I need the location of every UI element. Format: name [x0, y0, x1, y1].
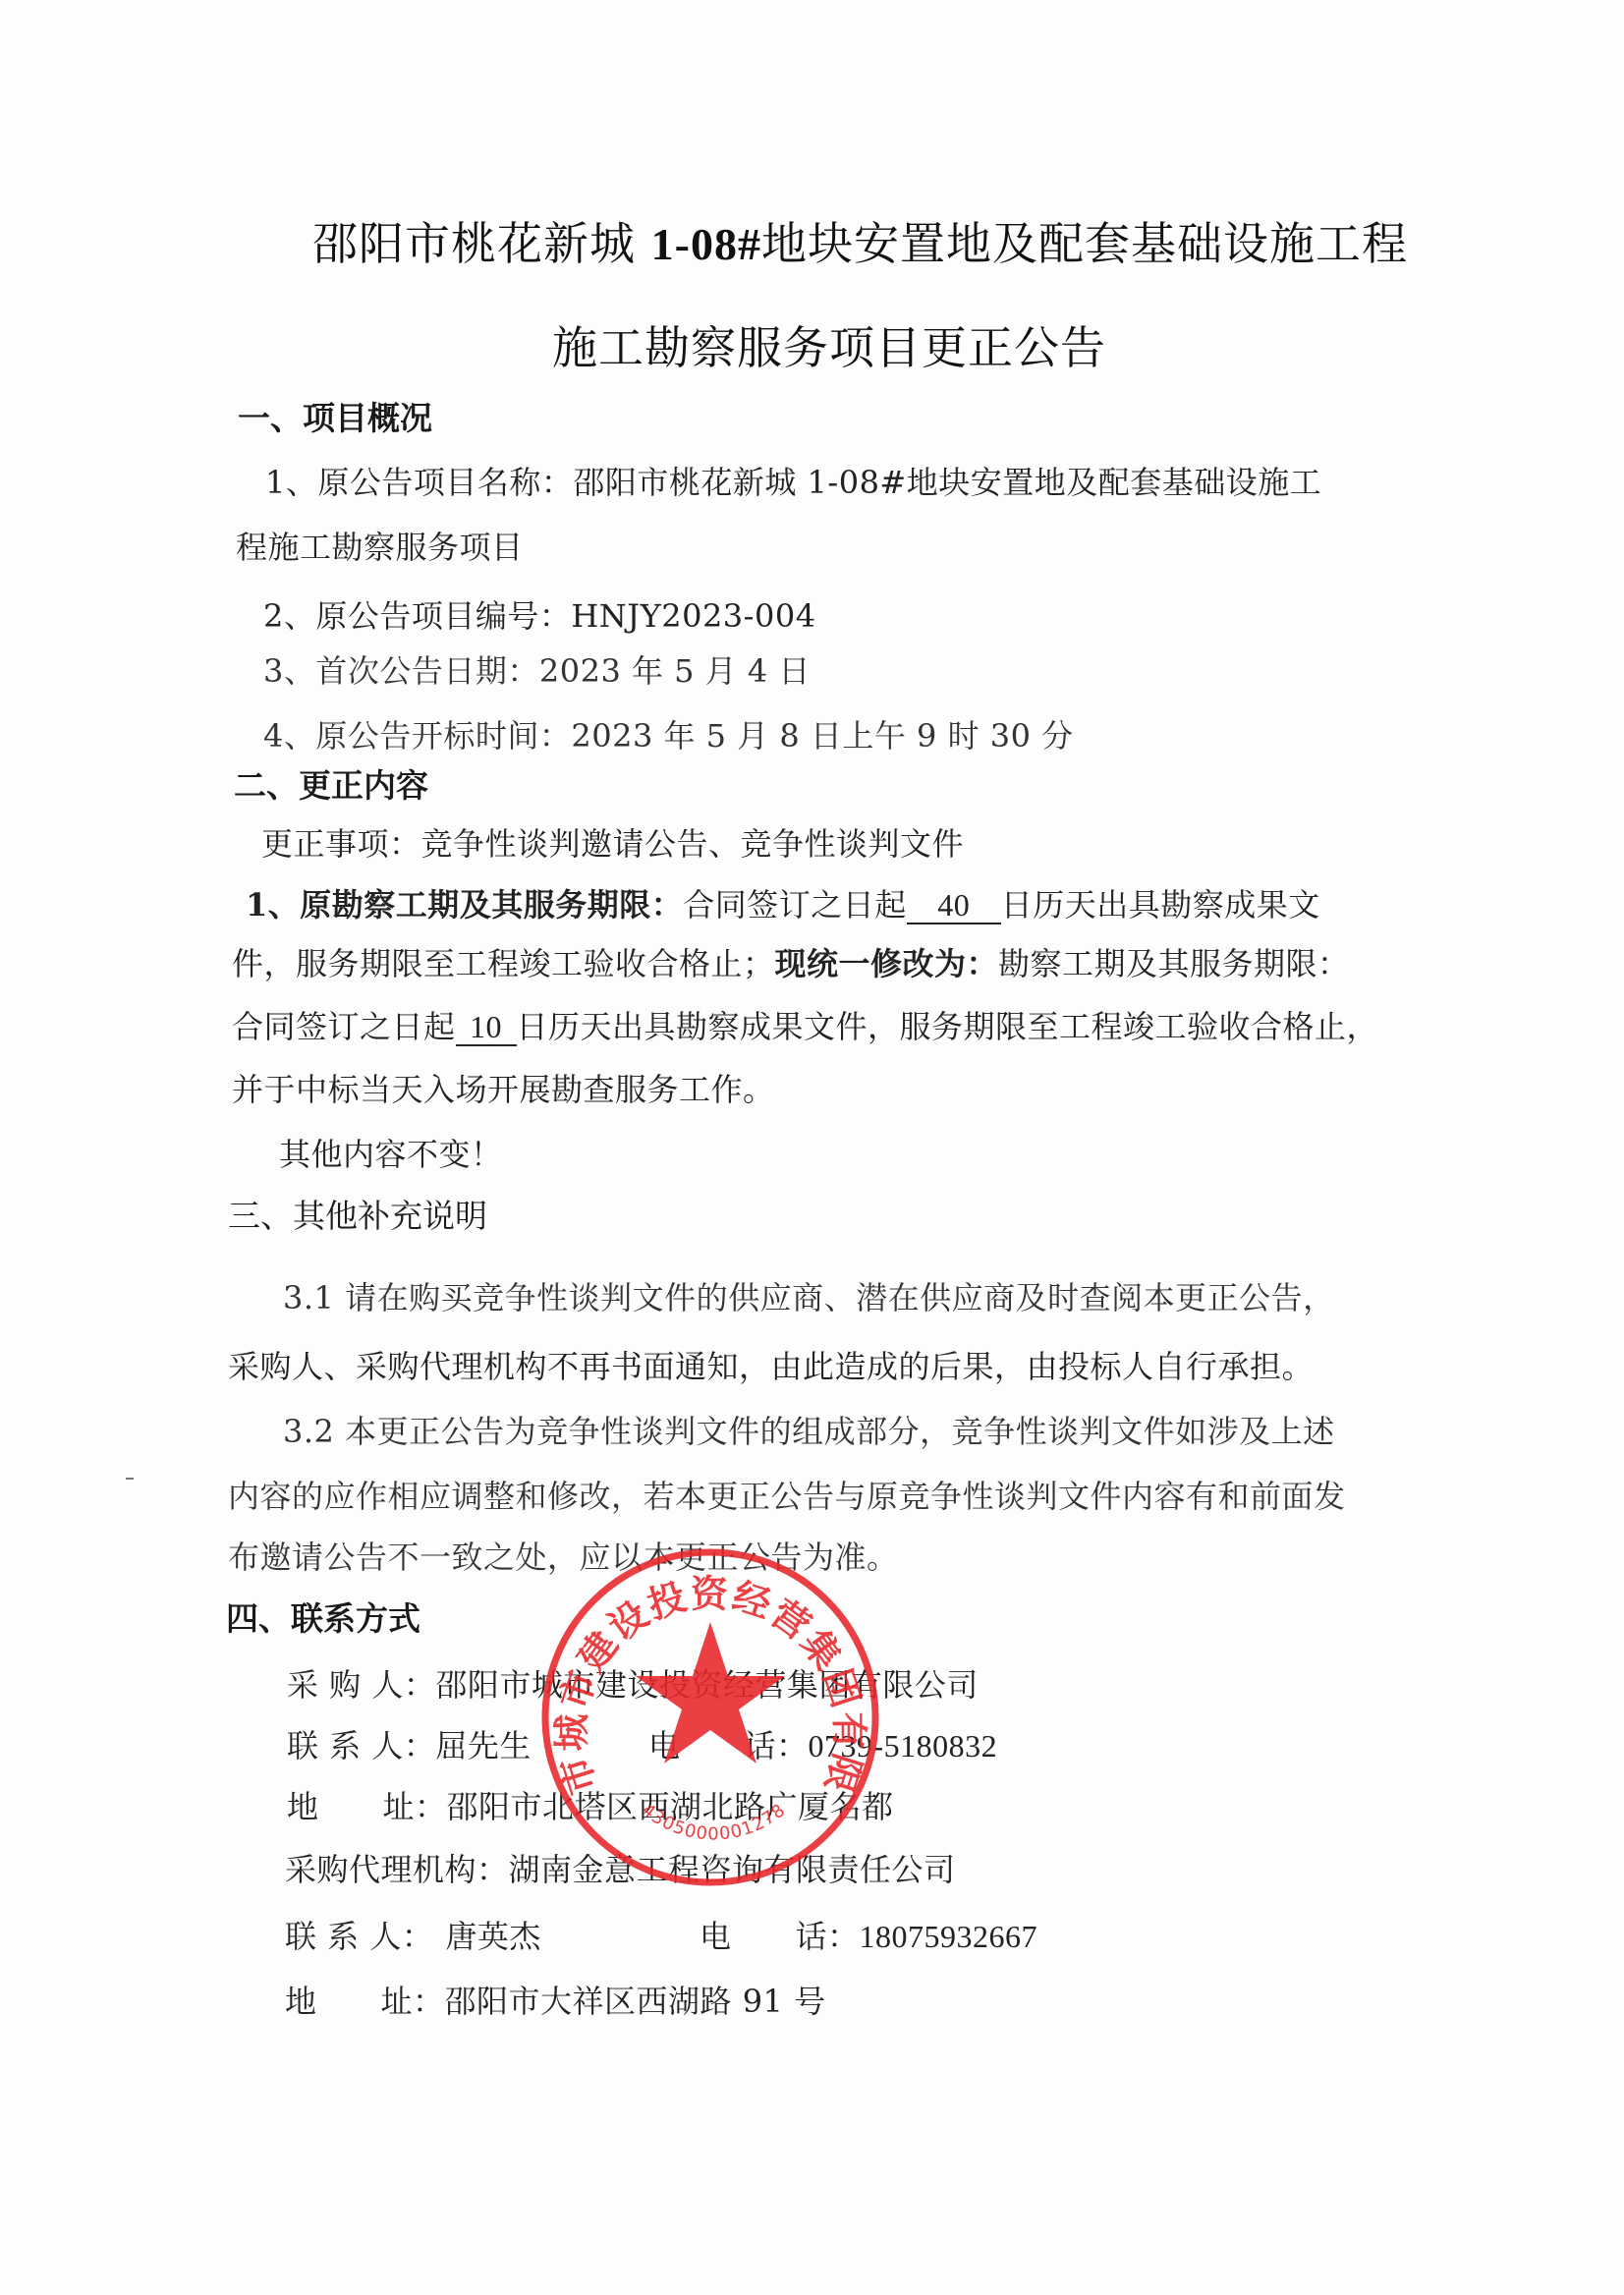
- original-days-value: 40: [907, 889, 1001, 924]
- phone1-value: 0739-5180832: [809, 1728, 998, 1763]
- purchaser-label: 采 购 人：: [287, 1666, 435, 1704]
- address1-value: 邵阳市北塔区西湖北路广厦名都: [447, 1788, 894, 1825]
- phone2-label: 电 话：: [700, 1918, 860, 1955]
- section2-item1-line4: 并于中标当天入场开展勘查服务工作。: [232, 1065, 775, 1110]
- section3-p31-line1: 3.1 请在购买竞争性谈判文件的供应商、潜在供应商及时查阅本更正公告，: [283, 1273, 1335, 1318]
- revised-period-text-a: 合同签订之日起: [232, 1008, 456, 1045]
- address2-row: 地 址：邵阳市大祥区西湖路 91 号: [285, 1977, 826, 2022]
- section1-item2: 2、原公告项目编号：HNJY2023-004: [263, 591, 816, 637]
- title-lot-number: 1-08#: [651, 219, 761, 269]
- section1-item4: 4、原公告开标时间：2023 年 5 月 8 日上午 9 时 30 分: [263, 711, 1074, 756]
- contact2-row: 联 系 人：唐英杰: [285, 1912, 541, 1957]
- contact1-row: 联 系 人：屈先生: [287, 1721, 532, 1766]
- document-title-line1: 邵阳市桃花新城 1-08#地块安置地及配套基础设施工程: [312, 208, 1408, 273]
- scan-mark: [126, 1478, 134, 1480]
- section3-p32-line1: 3.2 本更正公告为竞争性谈判文件的组成部分，竞争性谈判文件如涉及上述: [283, 1407, 1335, 1452]
- original-service-limit: 件，服务期限至工程竣工验收合格止；: [232, 945, 775, 982]
- phone2-row: 电 话：18075932667: [700, 1912, 1037, 1957]
- section1-item1-line2: 程施工勘察服务项目: [236, 523, 524, 568]
- contact2-label: 联 系 人：: [285, 1918, 433, 1955]
- revised-period-text-b: 日历天出具勘察成果文件，服务期限至工程竣工验收合格止，: [517, 1008, 1379, 1045]
- address2-label: 地 址：: [285, 1983, 445, 2020]
- original-period-text-a: 合同签订之日起: [683, 886, 907, 924]
- section1-heading: 一、项目概况: [238, 393, 432, 439]
- revised-days-value: 10: [456, 1011, 517, 1046]
- revised-label: 现统一修改为：: [775, 945, 999, 982]
- agency-label: 采购代理机构：: [285, 1851, 509, 1888]
- address1-label: 地 址：: [287, 1788, 447, 1825]
- contact1-label: 联 系 人：: [287, 1727, 435, 1764]
- title-suffix: 地块安置地及配套基础设施工程: [761, 217, 1408, 270]
- agency-row: 采购代理机构：湖南金意工程咨询有限责任公司: [285, 1845, 956, 1890]
- section3-p31-line2: 采购人、采购代理机构不再书面通知，由此造成的后果，由投标人自行承担。: [228, 1342, 1314, 1387]
- phone2-value: 18075932667: [860, 1919, 1038, 1954]
- phone1-label: 电 话：: [648, 1727, 809, 1764]
- section2-item1-line1: 1、原勘察工期及其服务期限：合同签订之日起40日历天出具勘察成果文: [246, 880, 1320, 925]
- section1-item1-line1: 1、原公告项目名称：邵阳市桃花新城 1-08#地块安置地及配套基础设施工: [265, 458, 1321, 503]
- section1-item3: 3、首次公告日期：2023 年 5 月 4 日: [263, 646, 811, 692]
- original-period-label: 1、原勘察工期及其服务期限：: [246, 886, 683, 924]
- official-seal-stamp: 邵阳市城市建设投资经营集团有限公司 4305000001278: [538, 1545, 882, 1889]
- original-period-text-b: 日历天出具勘察成果文: [1001, 886, 1320, 924]
- title-prefix: 邵阳市桃花新城: [312, 217, 651, 270]
- section3-p32-line2: 内容的应作相应调整和修改，若本更正公告与原竞争性谈判文件内容有和前面发: [228, 1472, 1346, 1517]
- contact1-value: 屈先生: [435, 1727, 532, 1764]
- address2-value: 邵阳市大祥区西湖路 91 号: [445, 1983, 826, 2020]
- agency-value: 湖南金意工程咨询有限责任公司: [509, 1851, 956, 1888]
- contact2-value: 唐英杰: [445, 1918, 541, 1955]
- seal-ring: [545, 1552, 875, 1882]
- address1-row: 地 址：邵阳市北塔区西湖北路广厦名都: [287, 1782, 894, 1827]
- section2-item1-line3: 合同签订之日起10日历天出具勘察成果文件，服务期限至工程竣工验收合格止，: [232, 1002, 1378, 1047]
- document-page: 邵阳市桃花新城 1-08#地块安置地及配套基础设施工程 施工勘察服务项目更正公告…: [0, 0, 1624, 2295]
- phone1-row: 电 话：0739-5180832: [648, 1721, 997, 1766]
- section3-p32-line3: 布邀请公告不一致之处，应以本更正公告为准。: [228, 1533, 899, 1578]
- section2-heading: 二、更正内容: [234, 760, 428, 807]
- section3-heading: 三、其他补充说明: [228, 1191, 487, 1237]
- section2-item1-line2: 件，服务期限至工程竣工验收合格止；现统一修改为：勘察工期及其服务期限：: [232, 939, 1350, 984]
- section2-matter: 更正事项：竞争性谈判邀请公告、竞争性谈判文件: [261, 819, 964, 865]
- section2-unchanged-note: 其他内容不变！: [279, 1130, 503, 1175]
- section4-heading: 四、联系方式: [226, 1594, 420, 1640]
- document-title-line2: 施工勘察服务项目更正公告: [552, 312, 1106, 377]
- purchaser-row: 采 购 人：邵阳市城市建设投资经营集团有限公司: [287, 1660, 979, 1706]
- revised-period-label: 勘察工期及其服务期限：: [998, 945, 1350, 982]
- purchaser-value: 邵阳市城市建设投资经营集团有限公司: [435, 1666, 979, 1704]
